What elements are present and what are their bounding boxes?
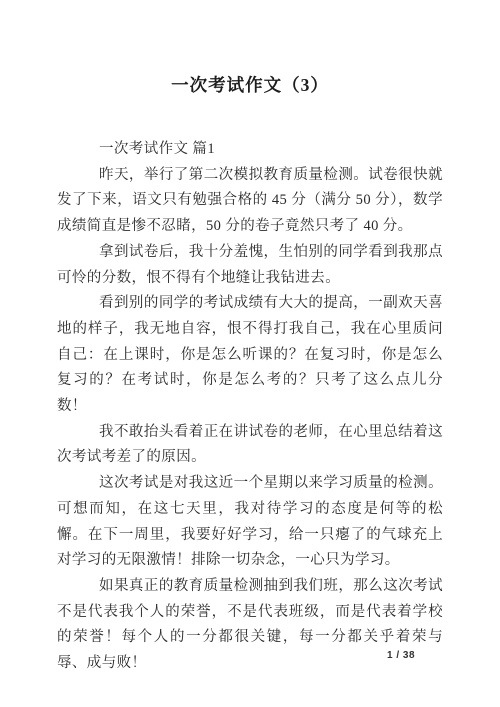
essay-paragraph: 昨天，举行了第二次模拟教育质量检测。试卷很快就发了下来，语文只有勉强合格的 45… — [57, 163, 443, 240]
page-number: 1 / 38 — [387, 650, 415, 661]
essay-paragraph: 如果真正的教育质量检测抽到我们班，那么这次考试不是代表我个人的荣誉，不是代表班级… — [57, 574, 443, 677]
essay-paragraph: 看到别的同学的考试成绩有大大的提高，一副欢天喜地的样子，我无地自容，恨不得打我自… — [57, 291, 443, 420]
essay-paragraph: 这次考试是对我这近一个星期以来学习质量的检测。可想而知，在这七天里，我对待学习的… — [57, 471, 443, 574]
essay-paragraph: 我不敢抬头看着正在讲试卷的老师，在心里总结着这次考试考差了的原因。 — [57, 420, 443, 471]
page-title: 一次考试作文（3） — [0, 72, 500, 97]
essay-subtitle: 一次考试作文 篇1 — [57, 137, 443, 163]
essay-paragraphs: 昨天，举行了第二次模拟教育质量检测。试卷很快就发了下来，语文只有勉强合格的 45… — [57, 163, 443, 677]
essay-paragraph: 拿到试卷后，我十分羞愧，生怕别的同学看到我那点可怜的分数，恨不得有个地缝让我钻进… — [57, 240, 443, 291]
essay-content: 一次考试作文 篇1 昨天，举行了第二次模拟教育质量检测。试卷很快就发了下来，语文… — [57, 137, 443, 677]
document-page: 一次考试作文（3） 一次考试作文 篇1 昨天，举行了第二次模拟教育质量检测。试卷… — [0, 0, 500, 707]
